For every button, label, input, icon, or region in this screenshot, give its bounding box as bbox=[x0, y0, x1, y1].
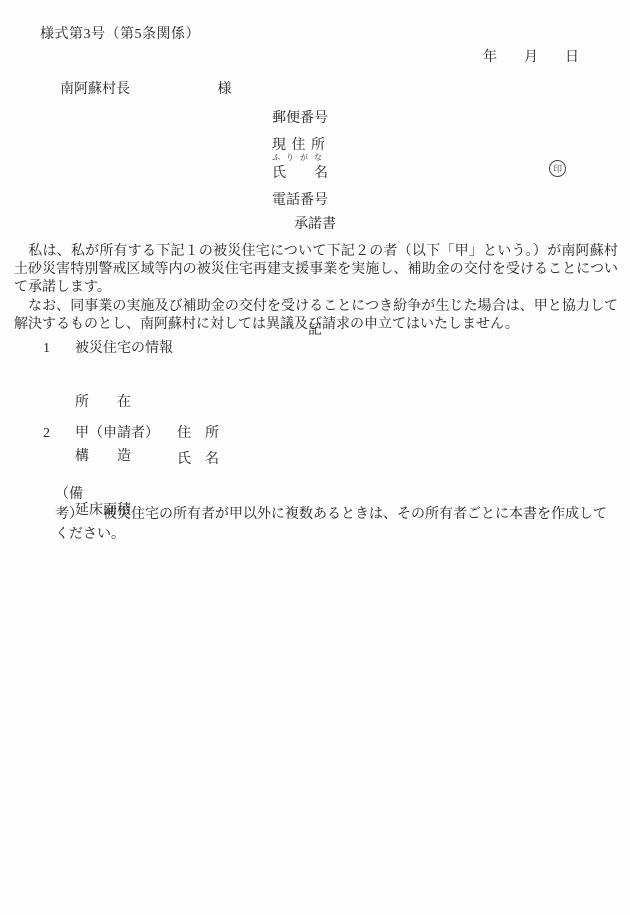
document-title: 承諾書 bbox=[0, 213, 630, 233]
date-year-label: 年 bbox=[483, 46, 497, 66]
section1-heading-line: 1被災住宅の情報 bbox=[43, 340, 173, 358]
addressee-honorific: 様 bbox=[218, 82, 232, 97]
phone-number-label: 電話番号 bbox=[272, 189, 328, 209]
section-applicant: 2甲（申請者）住 所 氏 名 bbox=[43, 425, 219, 469]
remarks-label: （備考） bbox=[55, 483, 103, 523]
section1-heading: 被災住宅の情報 bbox=[75, 341, 173, 356]
remarks-line: （備考）被災住宅の所有者が甲以外に複数あるときは、その所有者ごとに本書を作成して… bbox=[55, 483, 617, 543]
ki-marker: 記 bbox=[0, 319, 630, 339]
section1-number: 1 bbox=[43, 340, 75, 358]
name-label: 氏 名 bbox=[272, 162, 328, 182]
date-month-label: 月 bbox=[524, 46, 538, 66]
date-day-label: 日 bbox=[565, 46, 579, 66]
body-paragraph-1: 私は、私が所有する下記１の被災住宅について下記２の者（以下「甲」という。）が南阿… bbox=[14, 243, 618, 298]
seal-mark-icon: 印 bbox=[549, 160, 566, 177]
current-address-label: 現 住 所 bbox=[272, 134, 326, 154]
section2-heading-line: 2甲（申請者）住 所 bbox=[43, 425, 219, 443]
section2-field-address: 住 所 bbox=[177, 426, 219, 441]
section1-item-location: 所 在 bbox=[75, 394, 173, 412]
section2-number: 2 bbox=[43, 425, 75, 443]
date-line: 年 月 日 bbox=[483, 46, 579, 66]
form-number: 様式第3号（第5条関係） bbox=[40, 23, 200, 43]
postal-code-label: 郵便番号 bbox=[272, 107, 328, 127]
remarks-text: 被災住宅の所有者が甲以外に複数あるときは、その所有者ごとに本書を作成してください… bbox=[55, 507, 607, 542]
section2-field-name: 氏 名 bbox=[177, 451, 219, 469]
addressee-name: 南阿蘇村長 bbox=[60, 82, 130, 97]
section2-heading: 甲（申請者） bbox=[75, 426, 159, 441]
consent-form-page: 様式第3号（第5条関係） 年 月 日 南阿蘇村長 様 郵便番号 現 住 所 ふ … bbox=[0, 0, 630, 915]
addressee-line: 南阿蘇村長 様 bbox=[60, 78, 232, 98]
seal-mark-text: 印 bbox=[553, 162, 562, 175]
